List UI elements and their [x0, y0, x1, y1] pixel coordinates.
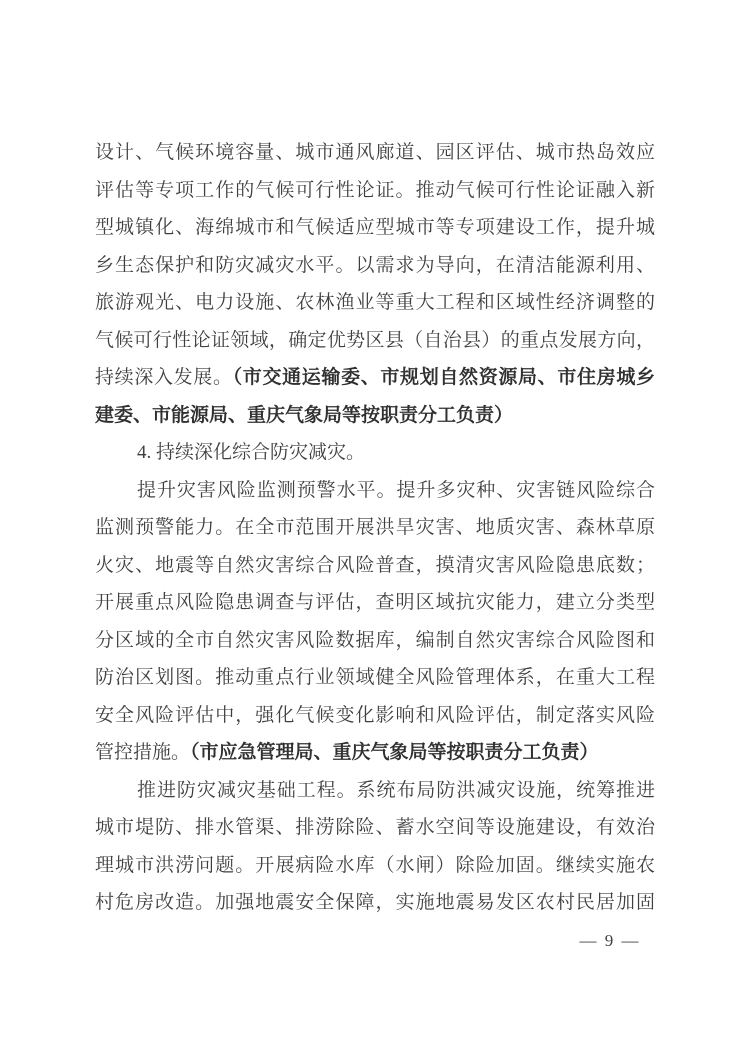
- text-segment-normal: 村危房改造。加强地震安全保障，实施地震易发区农村民居加固: [95, 892, 655, 913]
- text-line: 设计、气候环境容量、城市通风廊道、园区评估、城市热岛效应: [95, 134, 655, 172]
- text-line: 持续深入发展。（市交通运输委、市规划自然资源局、市住房城乡: [95, 359, 655, 397]
- text-segment-normal: 安全风险评估中，强化气候变化影响和风险评估，制定落实风险: [95, 705, 655, 726]
- text-segment-attribution: 建委、市能源局、重庆气象局等按职责分工负责）: [95, 405, 513, 426]
- text-line: 旅游观光、电力设施、农林渔业等重大工程和区域性经济调整的: [95, 284, 655, 322]
- text-segment-attribution: （市应急管理局、重庆气象局等按职责分工负责）: [190, 742, 599, 763]
- text-segment-normal: 提升灾害风险监测预警水平。提升多灾种、灾害链风险综合: [137, 480, 655, 501]
- text-segment-normal: 防治区划图。推动重点行业领域健全风险管理体系，在重大工程: [95, 667, 655, 688]
- text-line: 分区域的全市自然灾害风险数据库，编制自然灾害综合风险图和: [95, 622, 655, 660]
- text-segment-normal: 管控措施。: [95, 742, 190, 763]
- text-segment-normal: 城市堤防、排水管渠、排涝除险、蓄水空间等设施建设，有效治: [95, 817, 655, 838]
- text-segment-normal: 4. 持续深化综合防灾减灾。: [137, 442, 365, 463]
- text-line: 建委、市能源局、重庆气象局等按职责分工负责）: [95, 397, 655, 435]
- text-segment-normal: 理城市洪涝问题。开展病险水库（水闸）除险加固。继续实施农: [95, 855, 655, 876]
- text-line: 气候可行性论证领域，确定优势区县（自治县）的重点发展方向，: [95, 322, 655, 360]
- text-segment-normal: 乡生态保护和防灾减灾水平。以需求为导向，在清洁能源利用、: [95, 255, 655, 276]
- document-body: 设计、气候环境容量、城市通风廊道、园区评估、城市热岛效应 评估等专项工作的气候可…: [95, 134, 655, 922]
- text-segment-normal: 开展重点风险隐患调查与评估，查明区域抗灾能力，建立分类型: [95, 592, 655, 613]
- section-heading: 4. 持续深化综合防灾减灾。: [95, 434, 655, 472]
- text-line: 村危房改造。加强地震安全保障，实施地震易发区农村民居加固: [95, 884, 655, 922]
- text-segment-attribution: （市交通运输委、市规划自然资源局、市住房城乡: [233, 367, 655, 388]
- text-line: 型城镇化、海绵城市和气候适应型城市等专项建设工作，提升城: [95, 209, 655, 247]
- text-segment-normal: 火灾、地震等自然灾害综合风险普查，摸清灾害风险隐患底数；: [95, 555, 655, 576]
- text-segment-normal: 分区域的全市自然灾害风险数据库，编制自然灾害综合风险图和: [95, 630, 655, 651]
- text-segment-normal: 旅游观光、电力设施、农林渔业等重大工程和区域性经济调整的: [95, 292, 655, 313]
- text-line: 提升灾害风险监测预警水平。提升多灾种、灾害链风险综合: [95, 472, 655, 510]
- text-segment-normal: 设计、气候环境容量、城市通风廊道、园区评估、城市热岛效应: [95, 142, 655, 163]
- text-line: 安全风险评估中，强化气候变化影响和风险评估，制定落实风险: [95, 697, 655, 735]
- text-line: 管控措施。（市应急管理局、重庆气象局等按职责分工负责）: [95, 734, 655, 772]
- text-segment-normal: 评估等专项工作的气候可行性论证。推动气候可行性论证融入新: [95, 180, 655, 201]
- text-line: 开展重点风险隐患调查与评估，查明区域抗灾能力，建立分类型: [95, 584, 655, 622]
- text-line: 推进防灾减灾基础工程。系统布局防洪减灾设施，统筹推进: [95, 772, 655, 810]
- text-line: 城市堤防、排水管渠、排涝除险、蓄水空间等设施建设，有效治: [95, 809, 655, 847]
- text-line: 监测预警能力。在全市范围开展洪旱灾害、地质灾害、森林草原: [95, 509, 655, 547]
- text-line: 防治区划图。推动重点行业领域健全风险管理体系，在重大工程: [95, 659, 655, 697]
- page-number: — 9 —: [555, 926, 665, 956]
- text-line: 理城市洪涝问题。开展病险水库（水闸）除险加固。继续实施农: [95, 847, 655, 885]
- text-line: 火灾、地震等自然灾害综合风险普查，摸清灾害风险隐患底数；: [95, 547, 655, 585]
- text-line: 乡生态保护和防灾减灾水平。以需求为导向，在清洁能源利用、: [95, 247, 655, 285]
- text-segment-normal: 持续深入发展。: [95, 367, 233, 388]
- text-line: 评估等专项工作的气候可行性论证。推动气候可行性论证融入新: [95, 172, 655, 210]
- text-segment-normal: 推进防灾减灾基础工程。系统布局防洪减灾设施，统筹推进: [137, 780, 655, 801]
- text-segment-normal: 气候可行性论证领域，确定优势区县（自治县）的重点发展方向，: [95, 330, 655, 351]
- document-page: 设计、气候环境容量、城市通风廊道、园区评估、城市热岛效应 评估等专项工作的气候可…: [0, 0, 744, 1053]
- text-segment-normal: 型城镇化、海绵城市和气候适应型城市等专项建设工作，提升城: [95, 217, 655, 238]
- text-segment-normal: 监测预警能力。在全市范围开展洪旱灾害、地质灾害、森林草原: [95, 517, 655, 538]
